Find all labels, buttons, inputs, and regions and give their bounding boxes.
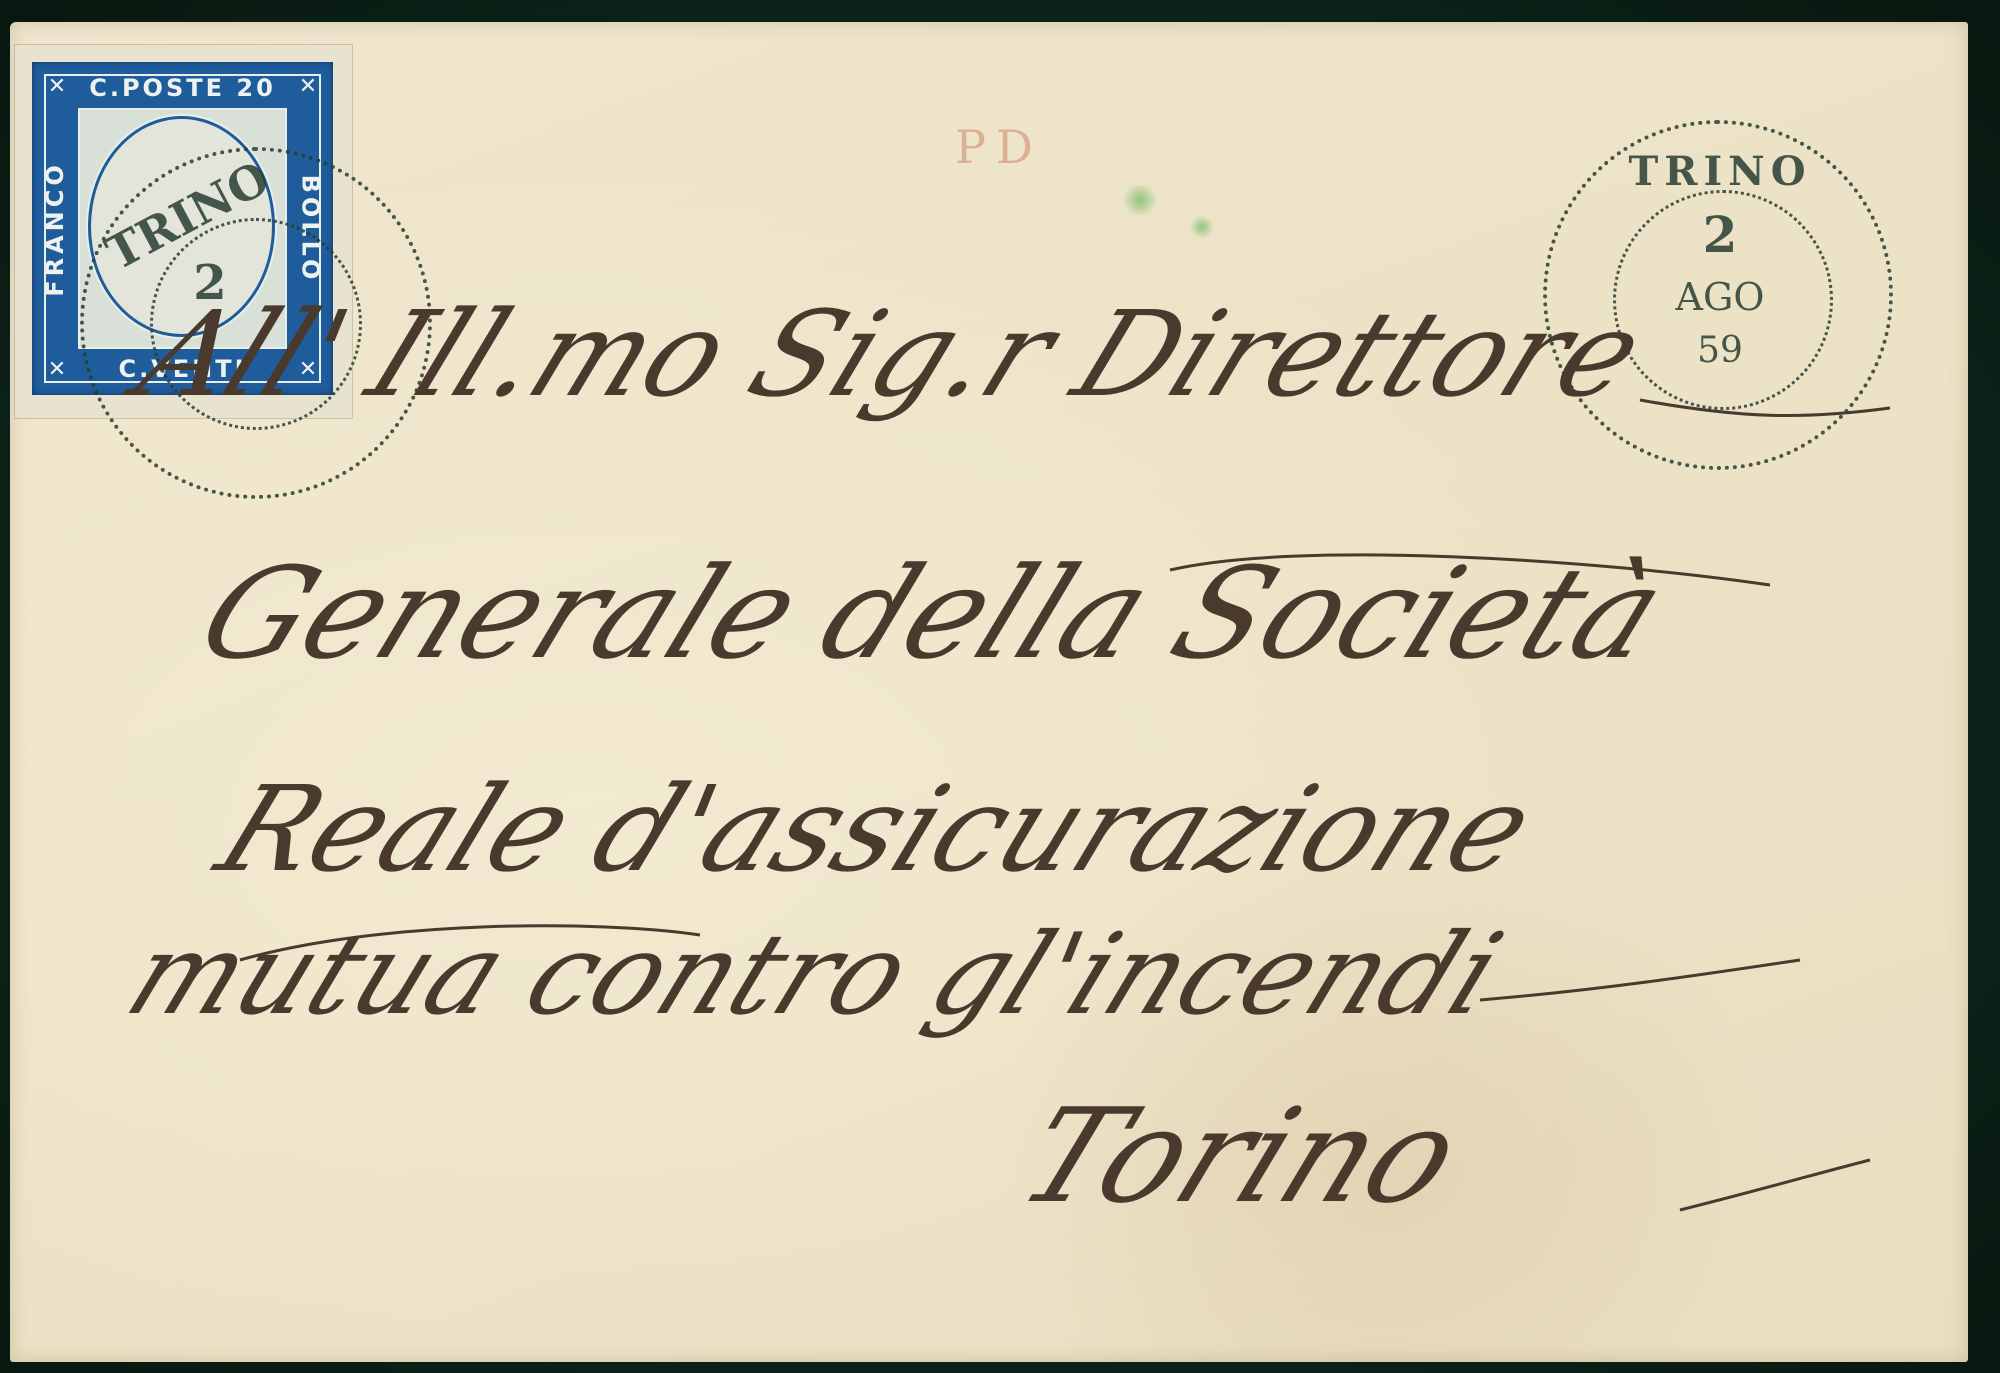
handwriting-flourishes [0,0,2000,1373]
flourish-line [240,926,700,960]
flourish-line [1680,1160,1870,1210]
flourish-line [1640,400,1890,416]
flourish-line [1480,960,1800,1000]
flourish-line [1170,555,1770,585]
